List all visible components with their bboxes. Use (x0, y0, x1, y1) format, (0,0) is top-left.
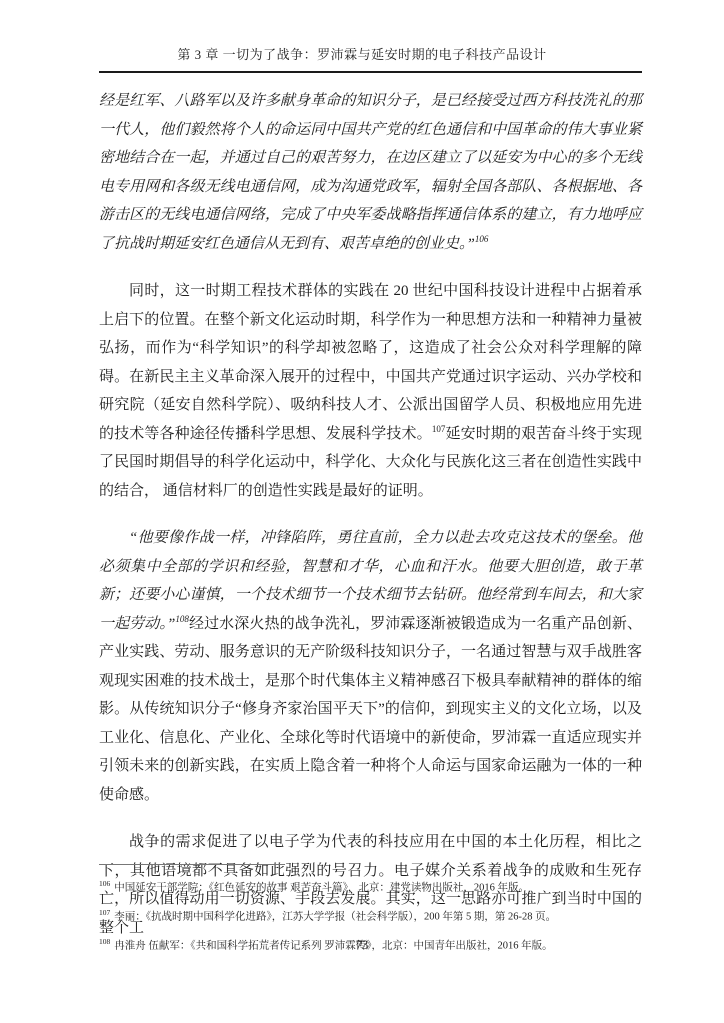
body-text: 经是红军、八路军以及许多献身革命的知识分子，是已经接受过西方科技洗礼的那一代人，… (99, 87, 642, 942)
paragraph-quote-continuation: 经是红军、八路军以及许多献身革命的知识分子，是已经接受过西方科技洗礼的那一代人，… (99, 87, 642, 258)
paragraph-1-text: 经是红军、八路军以及许多献身革命的知识分子，是已经接受过西方科技洗礼的那一代人，… (99, 93, 642, 252)
footnote-106-number: 106 (99, 879, 110, 888)
chapter-header-title: 第 3 章 一切为了战争：罗沛霖与延安时期的电子科技产品设计 (0, 0, 724, 63)
header-rule (99, 71, 642, 73)
paragraph-3-text-after: 经过水深火热的战争洗礼，罗沛霖逐渐被锻造成为一名重产品创新、产业实践、劳动、服务… (99, 616, 642, 803)
footnote-107-text: 李丽：《抗战时期中国科学化进路》，江苏大学学报（社会科学版），200 年第 5 … (114, 912, 556, 923)
footnote-separator-rule (99, 864, 285, 865)
footnote-106-text: 中国延安干部学院：《红色延安的故事 艰苦奋斗篇》，北京：建党读物出版社，2016… (114, 883, 529, 894)
footnote-106: 106中国延安干部学院：《红色延安的故事 艰苦奋斗篇》，北京：建党读物出版社，2… (99, 872, 642, 901)
footnote-107: 107李丽：《抗战时期中国科学化进路》，江苏大学学报（社会科学版），200 年第… (99, 901, 642, 930)
document-page: 第 3 章 一切为了战争：罗沛霖与延安时期的电子科技产品设计 经是红军、八路军以… (0, 0, 724, 1023)
footnote-ref-108: 108 (175, 614, 189, 624)
page-number: 73 (0, 938, 724, 953)
paragraph-2: 同时，这一时期工程技术群体的实践在 20 世纪中国科技设计进程中占据着承上启下的… (99, 277, 642, 505)
paragraph-3: “他要像作战一样，冲锋陷阵，勇往直前，全力以赴去攻克这技术的堡垒。他必须集中全部… (99, 524, 642, 809)
footnote-ref-106: 106 (475, 234, 489, 244)
footnote-107-number: 107 (99, 908, 110, 917)
footnote-ref-107: 107 (432, 424, 446, 434)
paragraph-2-text-before: 同时，这一时期工程技术群体的实践在 20 世纪中国科技设计进程中占据着承上启下的… (99, 283, 642, 442)
